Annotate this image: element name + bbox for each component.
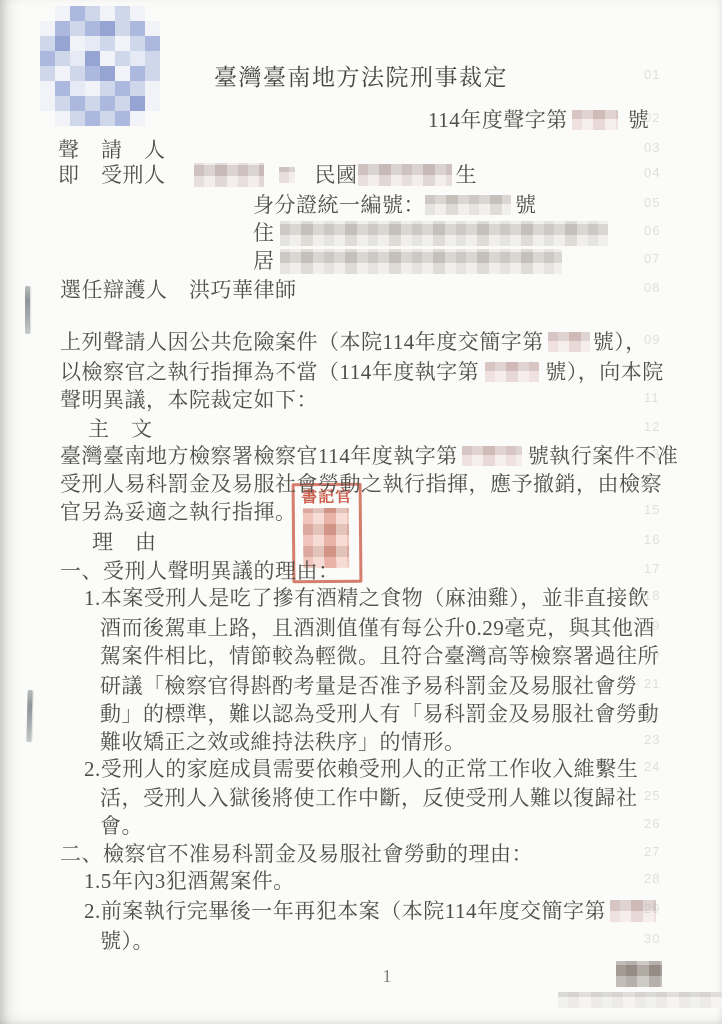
seal-pixel [40, 51, 55, 66]
text-run: 1.5年內3犯酒駕案件。 [84, 868, 295, 895]
seal-pixel [100, 21, 115, 36]
line-number: 10 [644, 362, 670, 377]
line-number: 29 [644, 901, 670, 916]
text-run: 酒而後駕車上路，且酒測值僅有每公升0.29毫克，與其他酒 [100, 615, 655, 642]
text-run: 會。 [100, 813, 143, 840]
text-run: 1.本案受刑人是吃了摻有酒精之食物（麻油雞），並非直接飲 [84, 585, 649, 612]
seal-pixel [85, 21, 100, 36]
line-number: 04 [644, 165, 670, 180]
text-run: 活，受刑人入獄後將使工作中斷，反使受刑人難以復歸社 [100, 785, 638, 812]
seal-pixel [115, 6, 130, 21]
line-number: 08 [644, 280, 670, 295]
document-line-body: 聲明異議，本院裁定如下： [60, 385, 318, 412]
text-run: 2.前案執行完畢後一年再犯本案（本院114年度交簡字第 [84, 898, 606, 925]
seal-pixel [145, 81, 160, 96]
seal-pixel [70, 51, 85, 66]
line-number: 25 [644, 788, 670, 803]
seal-pixel [70, 96, 85, 111]
seal-pixel [145, 51, 160, 66]
line-number: 05 [644, 195, 670, 210]
redaction-block [358, 164, 452, 186]
seal-pixel [130, 111, 145, 126]
text-run: 受刑人易科罰金及易服社會勞動之執行指揮，應予撤銷，由檢察 [60, 471, 662, 498]
text-run: 以檢察官之執行指揮為不當（114年度執字第 [60, 359, 479, 386]
seal-pixel [85, 81, 100, 96]
redaction-block [279, 167, 295, 183]
line-number: 03 [644, 140, 670, 155]
text-run: 即 受刑人 [58, 162, 166, 189]
line-number: 15 [644, 502, 670, 517]
seal-pixel [40, 21, 55, 36]
document-line-body: 會。 [100, 811, 143, 838]
line-number: 20 [644, 646, 670, 661]
document-line-body: 動」的標準，難以認為受刑人有「易科罰金及易服社會勞動 [100, 699, 659, 726]
text-run: 居 [253, 248, 275, 275]
document-line-body: 官另為妥適之執行指揮。 [60, 497, 297, 524]
text-run: 臺灣臺南地方法院刑事裁定 [214, 64, 508, 91]
line-number: 13 [644, 446, 670, 461]
redaction-block [280, 221, 608, 246]
text-run: 聲明異議，本院裁定如下： [60, 387, 318, 414]
line-number: 23 [644, 732, 670, 747]
document-line-body: 駕案件相比，情節較為輕微。且符合臺灣高等檢察署過往所 [100, 641, 659, 668]
document-line-body: 以檢察官之執行指揮為不當（114年度執字第號），向本院 [60, 357, 664, 384]
text-run: 臺灣臺南地方檢察署檢察官114年度執字第 [60, 443, 458, 470]
text-run: 號）。 [100, 928, 154, 955]
seal-pixel [100, 6, 115, 21]
text-run: 選任辯護人 洪巧華律師 [60, 277, 297, 304]
line-number: 22 [644, 704, 670, 719]
scan-smudge-dark [616, 961, 662, 987]
text-run: 難收矯正之效或維持法秩序」的情形。 [100, 729, 466, 756]
text-run: 一、受刑人聲明異議的理由： [60, 558, 340, 585]
document-line-section-heading: 理 由 [92, 527, 157, 554]
redaction-block [485, 362, 539, 382]
staple-mark [26, 690, 32, 742]
seal-pixel [100, 96, 115, 111]
document-line-title: 臺灣臺南地方法院刑事裁定 [214, 62, 508, 89]
text-run: 2.受刑人的家庭成員需要依賴受刑人的正常工作收入維繫生 [84, 756, 638, 783]
line-number: 11 [644, 390, 670, 405]
seal-pixel [55, 51, 70, 66]
redaction-block [280, 249, 562, 274]
seal-pixel [40, 66, 55, 81]
line-number: 02 [644, 110, 670, 125]
document-line-case-number: 114年度聲字第號 [428, 105, 649, 132]
staple-mark [25, 286, 30, 334]
line-number: 21 [644, 676, 670, 691]
seal-pixel [70, 6, 85, 21]
seal-pixel [115, 81, 130, 96]
seal-pixel [55, 81, 70, 96]
line-number: 16 [644, 532, 670, 547]
document-line-body: 難收矯正之效或維持法秩序」的情形。 [100, 727, 466, 754]
seal-pixel [55, 96, 70, 111]
document-line-body: 一、受刑人聲明異議的理由： [60, 556, 340, 583]
page-number: 1 [352, 966, 422, 987]
document-line-body: 1.本案受刑人是吃了摻有酒精之食物（麻油雞），並非直接飲 [84, 583, 649, 610]
seal-pixel [130, 96, 145, 111]
text-run: 身分證統一編號： [253, 192, 425, 219]
scan-smudge-light [558, 992, 722, 1008]
text-run: 上列聲請人因公共危險案件（本院114年度交簡字第 [60, 329, 544, 356]
document-line-body: 受刑人易科罰金及易服社會勞動之執行指揮，應予撤銷，由檢察 [60, 469, 662, 496]
redaction-block [425, 195, 511, 215]
line-number: 19 [644, 618, 670, 633]
line-number: 18 [644, 588, 670, 603]
line-number: 30 [644, 931, 670, 946]
document-line-defender: 選任辯護人 洪巧華律師 [60, 275, 297, 302]
text-run: 動」的標準，難以認為受刑人有「易科罰金及易服社會勞動 [100, 701, 659, 728]
text-run: 114年度聲字第 [428, 107, 568, 134]
seal-pixel [130, 81, 145, 96]
line-number: 27 [644, 844, 670, 859]
document-page: 書記官 1 臺灣臺南地方法院刑事裁定01114年度聲字第號02聲 請 人03即 … [0, 0, 722, 1024]
document-line-section-heading: 主 文 [88, 414, 153, 441]
text-run: 研議「檢察官得斟酌考量是否准予易科罰金及易服社會勞 [100, 673, 638, 700]
document-line-residence: 住 [253, 218, 608, 245]
seal-pixel [70, 21, 85, 36]
text-run: 官另為妥適之執行指揮。 [60, 499, 297, 526]
seal-pixel [55, 111, 70, 126]
seal-pixel [145, 96, 160, 111]
line-number: 06 [644, 223, 670, 238]
text-run: 號 [515, 192, 537, 219]
seal-pixel [115, 66, 130, 81]
text-run: 住 [253, 220, 275, 247]
redaction-block [462, 446, 522, 466]
seal-pixel [55, 36, 70, 51]
seal-pixel [115, 96, 130, 111]
document-line-body: 2.前案執行完畢後一年再犯本案（本院114年度交簡字第 [84, 896, 656, 923]
document-line-body: 二、檢察官不准易科罰金及易服社會勞動的理由： [60, 839, 533, 866]
seal-pixel [40, 36, 55, 51]
seal-pixel [85, 111, 100, 126]
seal-pixel [85, 96, 100, 111]
seal-pixel [130, 36, 145, 51]
text-run: 二、檢察官不准易科罰金及易服社會勞動的理由： [60, 841, 533, 868]
seal-pixel [40, 96, 55, 111]
seal-pixel [115, 21, 130, 36]
document-line-body: 臺灣臺南地方檢察署檢察官114年度執字第號執行案件不准 [60, 441, 678, 468]
document-line-body: 2.受刑人的家庭成員需要依賴受刑人的正常工作收入維繫生 [84, 754, 638, 781]
seal-pixel [70, 81, 85, 96]
seal-pixel [100, 51, 115, 66]
seal-pixel [40, 81, 55, 96]
redaction-block [548, 332, 590, 352]
document-line-body: 1.5年內3犯酒駕案件。 [84, 866, 295, 893]
text-run: 理 由 [92, 529, 157, 556]
document-line-id-number: 身分證統一編號：號 [253, 190, 537, 217]
document-line-applicant-label: 聲 請 人 [58, 135, 166, 162]
seal-pixel [115, 111, 130, 126]
seal-pixel [85, 6, 100, 21]
document-line-body: 活，受刑人入獄後將使工作中斷，反使受刑人難以復歸社 [100, 783, 638, 810]
line-number: 26 [644, 816, 670, 831]
document-line-body: 酒而後駕車上路，且酒測值僅有每公升0.29毫克，與其他酒 [100, 613, 655, 640]
seal-pixel [55, 66, 70, 81]
seal-pixel [85, 36, 100, 51]
seal-pixel [70, 36, 85, 51]
seal-pixel [55, 21, 70, 36]
line-number: 17 [644, 561, 670, 576]
line-number: 28 [644, 871, 670, 886]
text-run: 民國 [315, 162, 358, 189]
seal-pixel [130, 21, 145, 36]
line-number: 09 [644, 332, 670, 347]
line-number: 14 [644, 474, 670, 489]
seal-pixel [70, 66, 85, 81]
text-run: 駕案件相比，情節較為輕微。且符合臺灣高等檢察署過往所 [100, 643, 659, 670]
text-run: 生 [456, 162, 478, 189]
line-number: 24 [644, 759, 670, 774]
seal-pixel [145, 21, 160, 36]
seal-pixel [130, 66, 145, 81]
seal-pixel [100, 111, 115, 126]
seal-pixel [145, 36, 160, 51]
seal-pixel [100, 81, 115, 96]
document-line-domicile: 居 [253, 246, 562, 273]
seal-pixel [85, 66, 100, 81]
document-line-body: 上列聲請人因公共危險案件（本院114年度交簡字第號）， [60, 327, 647, 354]
seal-pixel [70, 111, 85, 126]
document-line-body: 號）。 [100, 926, 154, 953]
seal-pixel [100, 66, 115, 81]
redaction-block [572, 110, 618, 130]
redaction-block [194, 163, 264, 187]
seal-pixel [100, 36, 115, 51]
court-seal-stamp [40, 6, 160, 126]
seal-pixel [115, 36, 130, 51]
seal-pixel [130, 6, 145, 21]
seal-pixel [55, 6, 70, 21]
document-line-convict-line: 即 受刑人民國生 [58, 160, 477, 187]
seal-pixel [145, 66, 160, 81]
seal-pixel [130, 51, 145, 66]
text-run: 號）， [593, 329, 647, 356]
document-line-body: 研議「檢察官得斟酌考量是否准予易科罰金及易服社會勞 [100, 671, 638, 698]
line-number: 12 [644, 419, 670, 434]
line-number: 07 [644, 251, 670, 266]
seal-pixel [115, 51, 130, 66]
text-run: 主 文 [88, 416, 153, 443]
seal-pixel [85, 51, 100, 66]
line-number: 01 [644, 67, 670, 82]
